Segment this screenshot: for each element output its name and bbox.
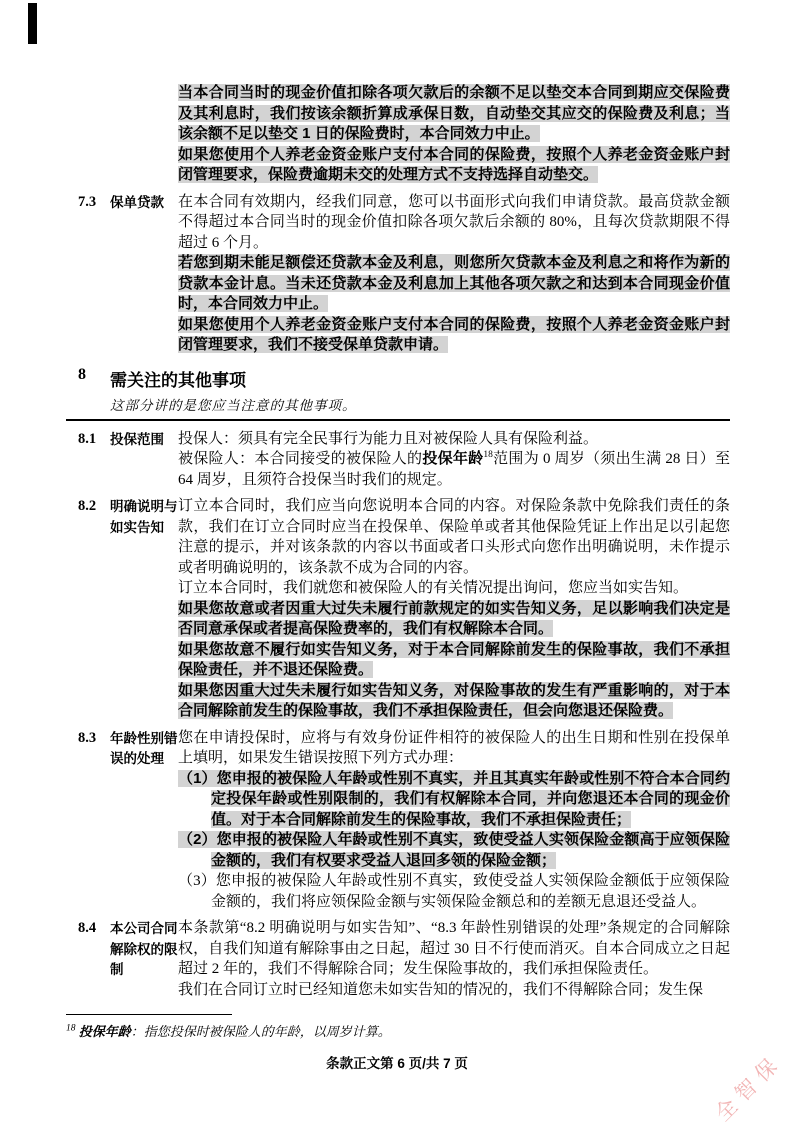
chapter-8-heading: 8 需关注的其他事项 这部分讲的是您应当注意的其他事项。 bbox=[66, 366, 730, 421]
highlighted-clause: （2）您申报的被保险人年龄或性别不真实，致使受益人实领保险金额高于应领保险金额的… bbox=[178, 831, 730, 869]
paragraph: 当本合同当时的现金价值扣除各项欠款后的余额不足以垫交本合同到期应交保险费及其利息… bbox=[178, 83, 730, 145]
highlighted-clause: 如果您故意不履行如实告知义务，对于本合同解除前发生的保险事故，我们不承担保险责任… bbox=[178, 641, 730, 679]
section-8-2: 8.2 明确说明与如实告知 订立本合同时，我们应当向您说明本合同的内容。对保险条… bbox=[66, 496, 730, 722]
highlighted-clause: 如果您使用个人养老金资金账户支付本合同的保险费，按照个人养老金资金账户封闭管理要… bbox=[178, 146, 730, 184]
section-title: 年龄性别错误的处理 bbox=[110, 728, 178, 913]
paragraph: 本条款第“8.2 明确说明与如实告知”、“8.3 年龄性别错误的处理”条规定的合… bbox=[178, 918, 730, 980]
section-7-3: 7.3 保单贷款 在本合同有效期内，经我们同意，您可以书面形式向我们申请贷款。最… bbox=[66, 192, 730, 356]
list-item: （2）您申报的被保险人年龄或性别不真实，致使受益人实领保险金额高于应领保险金额的… bbox=[178, 830, 730, 871]
chapter-number: 8 bbox=[66, 366, 110, 391]
paragraph: 被保险人：本合同接受的被保险人的投保年龄18范围为 0 周岁（须出生满 28 日… bbox=[178, 449, 730, 490]
section-number: 8.4 bbox=[66, 918, 110, 1000]
paragraph: 我们在合同订立时已经知道您未如实告知的情况的，我们不得解除合同；发生保 bbox=[178, 980, 730, 1001]
paragraph: 您在申请投保时，应将与有效身份证件相符的被保险人的出生日期和性别在投保单上填明，… bbox=[178, 728, 730, 769]
continuation-body: 当本合同当时的现金价值扣除各项欠款后的余额不足以垫交本合同到期应交保险费及其利息… bbox=[178, 83, 730, 186]
page-content: 当本合同当时的现金价值扣除各项欠款后的余额不足以垫交本合同到期应交保险费及其利息… bbox=[0, 0, 794, 1000]
section-body: 订立本合同时，我们应当向您说明本合同的内容。对保险条款中免除我们责任的条款，我们… bbox=[178, 496, 730, 722]
section-body: 投保人：须具有完全民事行为能力且对被保险人具有保险利益。 被保险人：本合同接受的… bbox=[178, 429, 730, 491]
section-8-4: 8.4 本公司合同解除权的限制 本条款第“8.2 明确说明与如实告知”、“8.3… bbox=[66, 918, 730, 1000]
paragraph: 订立本合同时，我们就您和被保险人的有关情况提出询问，您应当如实告知。 bbox=[178, 578, 730, 599]
paragraph: 在本合同有效期内，经我们同意，您可以书面形式向我们申请贷款。最高贷款金额不得超过… bbox=[178, 192, 730, 254]
section-number: 8.3 bbox=[66, 728, 110, 913]
section-number: 8.1 bbox=[66, 429, 110, 491]
document-page: 当本合同当时的现金价值扣除各项欠款后的余额不足以垫交本合同到期应交保险费及其利息… bbox=[0, 0, 794, 1123]
chapter-note: 这部分讲的是您应当注意的其他事项。 bbox=[110, 394, 730, 414]
paragraph: 订立本合同时，我们应当向您说明本合同的内容。对保险条款中免除我们责任的条款，我们… bbox=[178, 496, 730, 578]
chapter-title-line: 8 需关注的其他事项 bbox=[66, 366, 730, 391]
highlighted-clause: 若您到期未能足额偿还贷款本金及利息，则您所欠贷款本金及利息之和将作为新的贷款本金… bbox=[178, 254, 730, 312]
page-corner-mark bbox=[28, 3, 37, 44]
paragraph: 如果您故意不履行如实告知义务，对于本合同解除前发生的保险事故，我们不承担保险责任… bbox=[178, 640, 730, 681]
highlighted-clause: 如果您因重大过失未履行如实告知义务，对保险事故的发生有严重影响的，对于本合同解除… bbox=[178, 682, 730, 720]
list-item: （1）您申报的被保险人年龄或性别不真实，并且其真实年龄或性别不符合本合同约定投保… bbox=[178, 769, 730, 831]
paragraph: 如果您使用个人养老金资金账户支付本合同的保险费，按照个人养老金资金账户封闭管理要… bbox=[178, 145, 730, 186]
footnote-term: 投保年龄 bbox=[79, 1024, 131, 1039]
list-item: （3）您申报的被保险人年龄或性别不真实，致使受益人实领保险金额低于应领保险金额的… bbox=[178, 871, 730, 912]
paragraph: 如果您使用个人养老金资金账户支付本合同的保险费，按照个人养老金资金账户封闭管理要… bbox=[178, 315, 730, 356]
section-title: 明确说明与如实告知 bbox=[110, 496, 178, 722]
section-title: 保单贷款 bbox=[110, 192, 178, 356]
section-body: 本条款第“8.2 明确说明与如实告知”、“8.3 年龄性别错误的处理”条规定的合… bbox=[178, 918, 730, 1000]
footnote-reference: 18 bbox=[483, 450, 493, 460]
section-body: 在本合同有效期内，经我们同意，您可以书面形式向我们申请贷款。最高贷款金额不得超过… bbox=[178, 192, 730, 356]
section-number: 8.2 bbox=[66, 496, 110, 722]
paragraph: 如果您故意或者因重大过失未履行前款规定的如实告知义务，足以影响我们决定是否同意承… bbox=[178, 599, 730, 640]
highlighted-clause: （1）您申报的被保险人年龄或性别不真实，并且其真实年龄或性别不符合本合同约定投保… bbox=[178, 770, 730, 828]
page-footer: 条款正文第 6 页/共 7 页 bbox=[0, 1052, 794, 1072]
chapter-title: 需关注的其他事项 bbox=[110, 366, 246, 391]
defined-term: 投保年龄 bbox=[422, 450, 483, 467]
footnote-number: 18 bbox=[66, 1024, 76, 1034]
section-body: 您在申请投保时，应将与有效身份证件相符的被保险人的出生日期和性别在投保单上填明，… bbox=[178, 728, 730, 913]
section-8-3: 8.3 年龄性别错误的处理 您在申请投保时，应将与有效身份证件相符的被保险人的出… bbox=[66, 728, 730, 913]
highlighted-clause: 如果您使用个人养老金资金账户支付本合同的保险费，按照个人养老金资金账户封闭管理要… bbox=[178, 316, 730, 354]
footnote-separator bbox=[66, 1014, 232, 1015]
paragraph: 如果您因重大过失未履行如实告知义务，对保险事故的发生有严重影响的，对于本合同解除… bbox=[178, 681, 730, 722]
paragraph: 若您到期未能足额偿还贷款本金及利息，则您所欠贷款本金及利息之和将作为新的贷款本金… bbox=[178, 253, 730, 315]
footnote: 18 投保年龄：指您投保时被保险人的年龄，以周岁计算。 bbox=[66, 1023, 666, 1041]
highlighted-clause: 如果您故意或者因重大过失未履行前款规定的如实告知义务，足以影响我们决定是否同意承… bbox=[178, 600, 730, 638]
section-8-1: 8.1 投保范围 投保人：须具有完全民事行为能力且对被保险人具有保险利益。 被保… bbox=[66, 429, 730, 491]
numbered-list: （1）您申报的被保险人年龄或性别不真实，并且其真实年龄或性别不符合本合同约定投保… bbox=[178, 769, 730, 913]
footnote-text: ：指您投保时被保险人的年龄，以周岁计算。 bbox=[131, 1024, 391, 1039]
section-title: 投保范围 bbox=[110, 429, 178, 491]
chapter-divider bbox=[66, 419, 730, 421]
section-title: 本公司合同解除权的限制 bbox=[110, 918, 178, 1000]
highlighted-clause: 当本合同当时的现金价值扣除各项欠款后的余额不足以垫交本合同到期应交保险费及其利息… bbox=[178, 84, 730, 142]
section-7-2-continuation: 当本合同当时的现金价值扣除各项欠款后的余额不足以垫交本合同到期应交保险费及其利息… bbox=[66, 83, 730, 186]
paragraph: 投保人：须具有完全民事行为能力且对被保险人具有保险利益。 bbox=[178, 429, 730, 450]
section-number: 7.3 bbox=[66, 192, 110, 356]
text-run: 被保险人：本合同接受的被保险人的 bbox=[178, 451, 422, 467]
